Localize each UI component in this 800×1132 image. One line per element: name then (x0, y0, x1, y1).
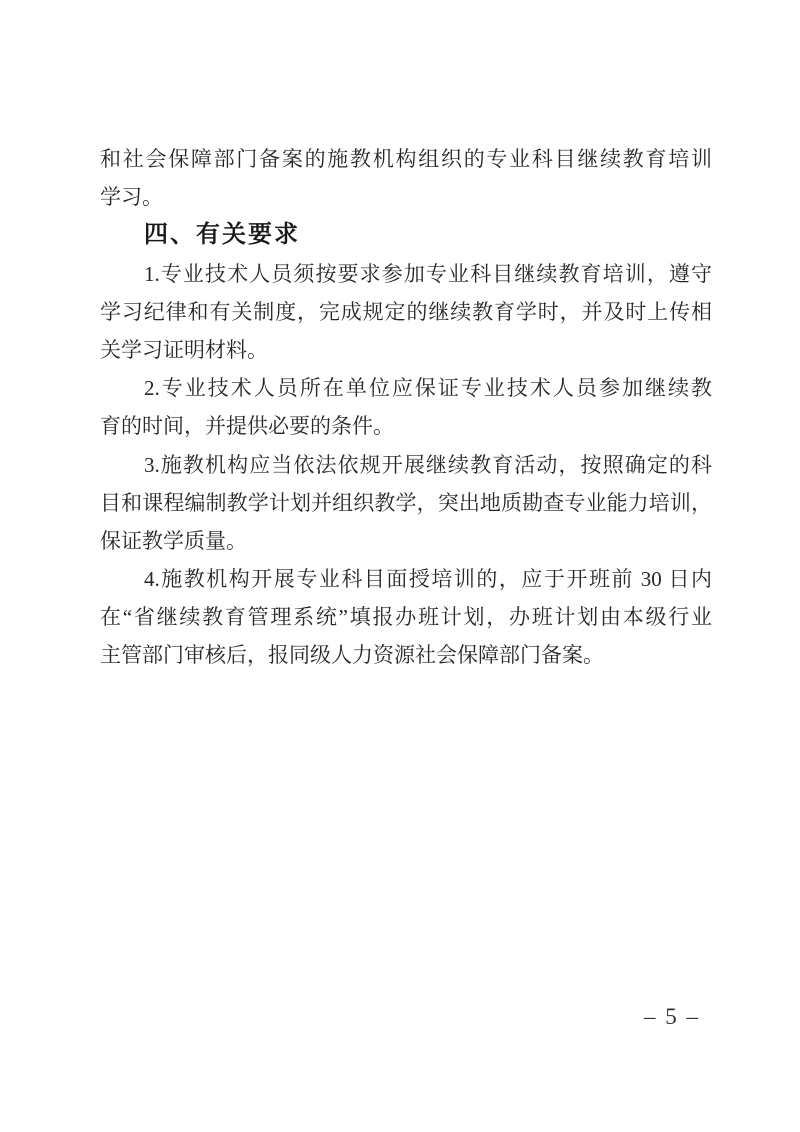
page-number: – 5 – (0, 1004, 700, 1030)
body-text-line: 学习。 (100, 178, 712, 216)
body-text-line: 和社会保障部门备案的施教机构组织的专业科目继续教育培训 (100, 140, 712, 178)
item-1-line: 学习纪律和有关制度，完成规定的继续教育学时，并及时上传相 (100, 293, 712, 331)
item-4-line: 4.施教机构开展专业科目面授培训的，应于开班前 30 日内 (100, 560, 712, 598)
item-2-line: 2.专业技术人员所在单位应保证专业技术人员参加继续教 (100, 369, 712, 407)
document-page: 和社会保障部门备案的施教机构组织的专业科目继续教育培训 学习。 四、有关要求 1… (0, 0, 800, 1132)
document-body: 和社会保障部门备案的施教机构组织的专业科目继续教育培训 学习。 四、有关要求 1… (100, 140, 712, 675)
section-heading: 四、有关要求 (100, 216, 712, 254)
item-1-line: 1.专业技术人员须按要求参加专业科目继续教育培训，遵守 (100, 255, 712, 293)
item-4-line: 在“省继续教育管理系统”填报办班计划，办班计划由本级行业 (100, 598, 712, 636)
item-1-line: 关学习证明材料。 (100, 331, 712, 369)
item-2-line: 育的时间，并提供必要的条件。 (100, 407, 712, 445)
item-3-line: 3.施教机构应当依法依规开展继续教育活动，按照确定的科 (100, 446, 712, 484)
item-3-line: 目和课程编制教学计划并组织教学，突出地质勘查专业能力培训， (100, 484, 712, 522)
item-3-line: 保证教学质量。 (100, 522, 712, 560)
item-4-line: 主管部门审核后，报同级人力资源社会保障部门备案。 (100, 636, 712, 674)
